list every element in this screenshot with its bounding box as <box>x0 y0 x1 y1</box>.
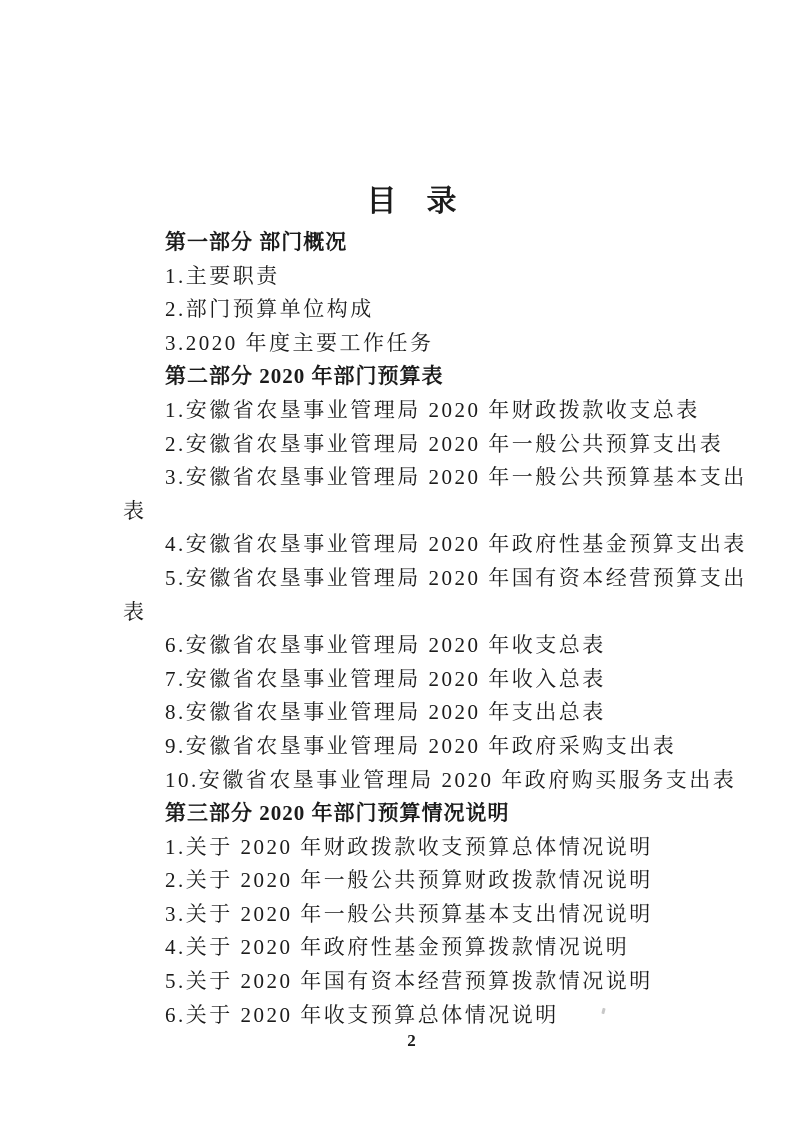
toc-item: 10.安徽省农垦事业管理局 2020 年政府购买服务支出表 <box>123 764 700 798</box>
page-number: 2 <box>407 1031 416 1050</box>
toc-section-heading: 第二部分 2020 年部门预算表 <box>123 360 700 394</box>
table-of-contents: 第一部分 部门概况1.主要职责2.部门预算单位构成3.2020 年度主要工作任务… <box>123 226 700 1032</box>
toc-item: 9.安徽省农垦事业管理局 2020 年政府采购支出表 <box>123 730 700 764</box>
toc-item: 3.2020 年度主要工作任务 <box>123 327 700 361</box>
toc-item: 4.关于 2020 年政府性基金预算拨款情况说明 <box>123 931 700 965</box>
toc-item-continuation: 表 <box>123 495 700 529</box>
toc-section-heading: 第三部分 2020 年部门预算情况说明 <box>123 797 700 831</box>
toc-item: 4.安徽省农垦事业管理局 2020 年政府性基金预算支出表 <box>123 528 700 562</box>
page-footer: 2 <box>123 1031 700 1051</box>
toc-item: 1.关于 2020 年财政拨款收支预算总体情况说明 <box>123 831 700 865</box>
toc-item-continuation: 表 <box>123 596 700 630</box>
toc-item: 8.安徽省农垦事业管理局 2020 年支出总表 <box>123 696 700 730</box>
page-title: 目 录 <box>123 184 700 220</box>
toc-item: 1.安徽省农垦事业管理局 2020 年财政拨款收支总表 <box>123 394 700 428</box>
toc-item: 6.安徽省农垦事业管理局 2020 年收支总表 <box>123 629 700 663</box>
toc-item: 2.关于 2020 年一般公共预算财政拨款情况说明 <box>123 864 700 898</box>
toc-item: 5.关于 2020 年国有资本经营预算拨款情况说明 <box>123 965 700 999</box>
toc-item: 6.关于 2020 年收支预算总体情况说明 <box>123 999 700 1033</box>
toc-item: 2.部门预算单位构成 <box>123 293 700 327</box>
toc-section-heading: 第一部分 部门概况 <box>123 226 700 260</box>
toc-item: 7.安徽省农垦事业管理局 2020 年收入总表 <box>123 663 700 697</box>
toc-item: 5.安徽省农垦事业管理局 2020 年国有资本经营预算支出 <box>123 562 700 596</box>
toc-item: 2.安徽省农垦事业管理局 2020 年一般公共预算支出表 <box>123 428 700 462</box>
toc-item: 1.主要职责 <box>123 260 700 294</box>
document-page: 目 录 第一部分 部门概况1.主要职责2.部门预算单位构成3.2020 年度主要… <box>0 0 800 1130</box>
toc-item: 3.安徽省农垦事业管理局 2020 年一般公共预算基本支出 <box>123 461 700 495</box>
toc-item: 3.关于 2020 年一般公共预算基本支出情况说明 <box>123 898 700 932</box>
